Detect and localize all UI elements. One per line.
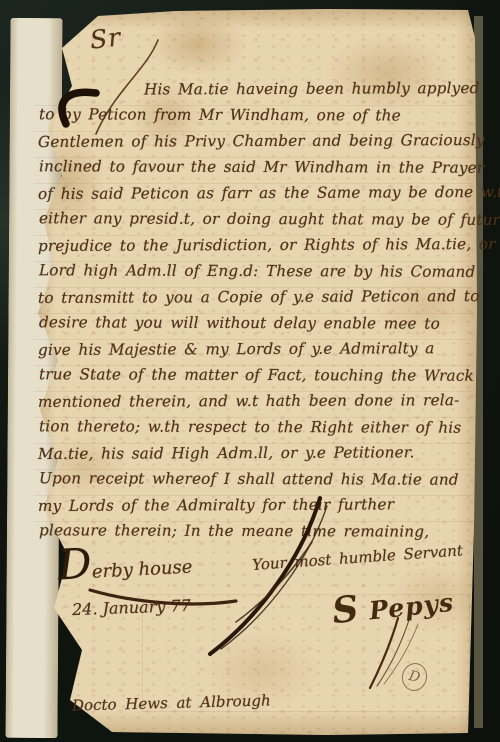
letter-line: give his Majestie & my Lords of y.e Admi… [38,335,476,363]
letter-line: inclined to favour the said Mr Windham i… [39,153,477,181]
letter-line: desire that you will without delay enabl… [39,309,477,337]
letter-line: Lord high Adm.ll of Eng.d: These are by … [39,257,477,285]
letter-line: true State of the matter of Fact, touchi… [39,361,477,389]
letter-line: to by Peticon from Mr Windham, one of th… [39,101,477,129]
photo-background: Sr His Ma.tie haveing been humbly applye… [0,0,500,742]
letter-body: His Ma.tie haveing been humbly applyed t… [38,76,476,544]
letter-line: Ma.tie, his said High Adm.ll, or y.e Pet… [38,439,476,467]
letter-line: Upon receipt whereof I shall attend his … [39,465,477,493]
letter-line: tion thereto; w.th respect to the Right … [39,413,477,441]
salutation: Sr [89,22,123,54]
letter-line: His Ma.tie haveing been humbly applyed [38,75,476,103]
letter-line: of his said Peticon as farr as the Same … [38,179,476,207]
letter-line: Gentlemen of his Privy Chamber and being… [38,127,476,155]
letter-line: to transmitt to you a Copie of y.e said … [38,283,476,311]
letter-line: pleasure therein; In the meane time rema… [39,517,477,545]
letter-line: mentioned therein, and w.t hath been don… [38,387,476,415]
letter-line: either any presid.t, or doing aught that… [39,205,477,233]
letter-line: my Lords of the Admiralty for their furt… [38,491,476,519]
letter-line: prejudice to the Jurisdiction, or Rights… [38,231,476,259]
